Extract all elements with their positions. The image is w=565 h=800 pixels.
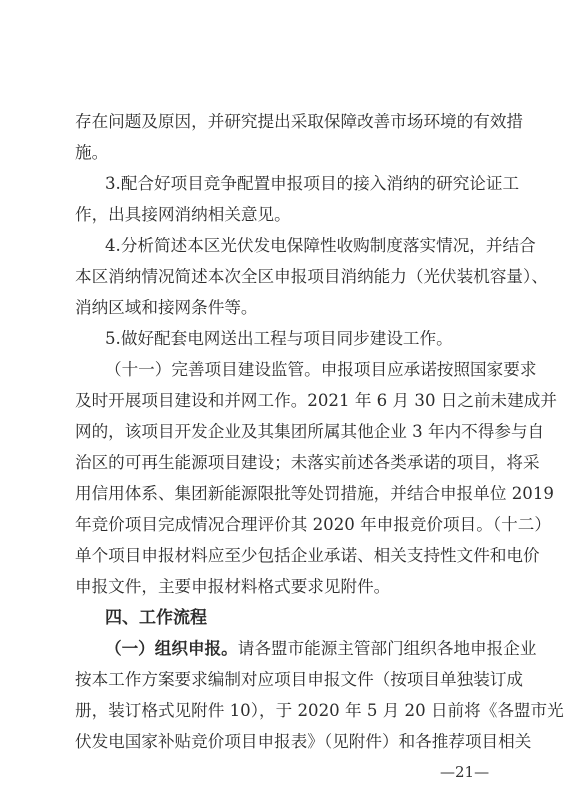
text-line: 用信用体系、集团新能源限批等处罚措施，并结合申报单位 2019	[75, 483, 497, 505]
text-line: 按本工作方案要求编制对应项目申报文件（按项目单独装订成	[75, 669, 497, 691]
text-line: 存在问题及原因，并研究提出采取保障改善市场环境的有效措	[75, 111, 497, 133]
text-line: 治区的可再生能源项目建设；未落实前述各类承诺的项目，将采	[75, 452, 497, 474]
text-line: 3.配合好项目竞争配置申报项目的接入消纳的研究论证工	[105, 173, 497, 195]
subsection-lead: （一）组织申报。	[105, 639, 238, 658]
text-line: 及时开展项目建设和并网工作。2021 年 6 月 30 日之前未建成并	[75, 390, 497, 412]
subsection-first-line-text: 请各盟市能源主管部门组织各地申报企业	[238, 639, 537, 658]
text-line: 伏发电国家补贴竞价项目申报表》（见附件）和各推荐项目相关	[75, 731, 497, 753]
text-line: 申报文件，主要申报材料格式要求见附件。	[75, 576, 497, 598]
text-line: 年竞价项目完成情况合理评价其 2020 年申报竞价项目。（十二）	[75, 514, 497, 536]
text-line: 消纳区域和接网条件等。	[75, 297, 497, 319]
text-line: （十一）完善项目建设监管。申报项目应承诺按照国家要求	[105, 359, 497, 381]
text-line: 本区消纳情况简述本次全区申报项目消纳能力（光伏装机容量）、	[75, 266, 497, 288]
text-line: 5.做好配套电网送出工程与项目同步建设工作。	[105, 328, 497, 350]
text-line: 施。	[75, 142, 497, 164]
page-number: —21—	[440, 762, 489, 782]
text-line: 4.分析简述本区光伏发电保障性收购制度落实情况，并结合	[105, 235, 497, 257]
text-line: 网的，该项目开发企业及其集团所属其他企业 3 年内不得参与自	[75, 421, 497, 443]
text-line: 作，出具接网消纳相关意见。	[75, 204, 497, 226]
text-line: 册，装订格式见附件 10），于 2020 年 5 月 20 日前将《各盟市光	[75, 700, 497, 722]
section-heading: 四、工作流程	[105, 607, 497, 629]
subsection-first-line: （一）组织申报。请各盟市能源主管部门组织各地申报企业	[105, 638, 497, 660]
document-page: 存在问题及原因，并研究提出采取保障改善市场环境的有效措 施。 3.配合好项目竞争…	[0, 0, 565, 800]
text-line: 单个项目申报材料应至少包括企业承诺、相关支持性文件和电价	[75, 545, 497, 567]
